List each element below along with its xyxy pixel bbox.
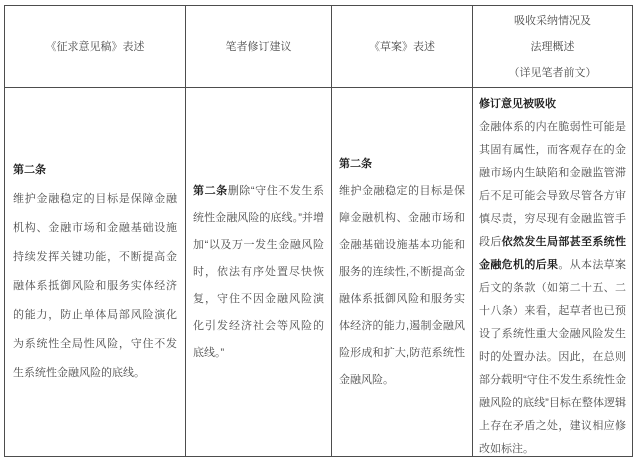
header-adoption-line-1: 吸收采纳情况及	[509, 8, 597, 34]
cell-bill-article: 第二条 维护金融稳定的目标是保障金融机构、金融市场和金融基础设施基本功能和服务的…	[332, 88, 473, 456]
header-label-author-suggestion: 笔者修订建议	[226, 34, 292, 60]
adoption-analysis-text: 金融体系的内在脆弱性可能是其固有属性，而客观存在的金融市场内生缺陷和金融监管滞后…	[479, 116, 626, 456]
header-cell-adoption-status: 吸收采纳情况及 法理概述 （详见笔者前文）	[473, 6, 632, 88]
analysis-part-1: 金融体系的内在脆弱性可能是其固有属性，而客观存在的金融市场内生缺陷和金融监管滞后…	[479, 121, 626, 248]
article-number-suggestion: 第二条	[193, 185, 228, 197]
header-label-consultation-draft: 《征求意见稿》表述	[46, 34, 145, 60]
header-cell-consultation-draft: 《征求意见稿》表述	[5, 6, 186, 88]
comparison-table: 《征求意见稿》表述 笔者修订建议 《草案》表述 吸收采纳情况及 法理概述 （详见…	[4, 5, 633, 457]
suggestion-text: 第二条删除“守住不发生系统性金融风险的底线。”并增加“以及万一发生金融风险时，依…	[193, 178, 324, 367]
analysis-part-2: 。从本法草案后文的条款（如第二十五、二十八条）来看，起草者也已预设了系统性重大金…	[479, 259, 626, 455]
header-adoption-line-2: 法理概述	[509, 34, 597, 60]
article-text-consultation: 维护金融稳定的目标是保障金融机构、金融市场和金融基础设施持续发挥关键功能，不断提…	[13, 185, 177, 388]
document-page: 《征求意见稿》表述 笔者修订建议 《草案》表述 吸收采纳情况及 法理概述 （详见…	[0, 0, 637, 463]
suggestion-body-text: 删除“守住不发生系统性金融风险的底线。”并增加“以及万一发生金融风险时，依法有序…	[193, 185, 324, 359]
article-text-bill: 维护金融稳定的目标是保障金融机构、金融市场和金融基础设施基本功能和服务的连续性,…	[339, 178, 465, 394]
article-number-bill: 第二条	[339, 151, 465, 178]
cell-consultation-draft-article: 第二条 维护金融稳定的目标是保障金融机构、金融市场和金融基础设施持续发挥关键功能…	[5, 88, 186, 456]
header-cell-author-suggestion: 笔者修订建议	[186, 6, 332, 88]
header-cell-bill-text: 《草案》表述	[332, 6, 473, 88]
header-label-adoption-status: 吸收采纳情况及 法理概述 （详见笔者前文）	[509, 8, 597, 86]
cell-author-suggestion: 第二条删除“守住不发生系统性金融风险的底线。”并增加“以及万一发生金融风险时，依…	[186, 88, 332, 456]
cell-adoption-analysis: 修订意见被吸收 金融体系的内在脆弱性可能是其固有属性，而客观存在的金融市场内生缺…	[473, 88, 632, 456]
header-adoption-line-3: （详见笔者前文）	[509, 60, 597, 86]
article-number-consultation: 第二条	[13, 156, 177, 185]
header-label-bill-text: 《草案》表述	[369, 34, 435, 60]
adoption-result-title: 修订意见被吸收	[479, 93, 626, 116]
